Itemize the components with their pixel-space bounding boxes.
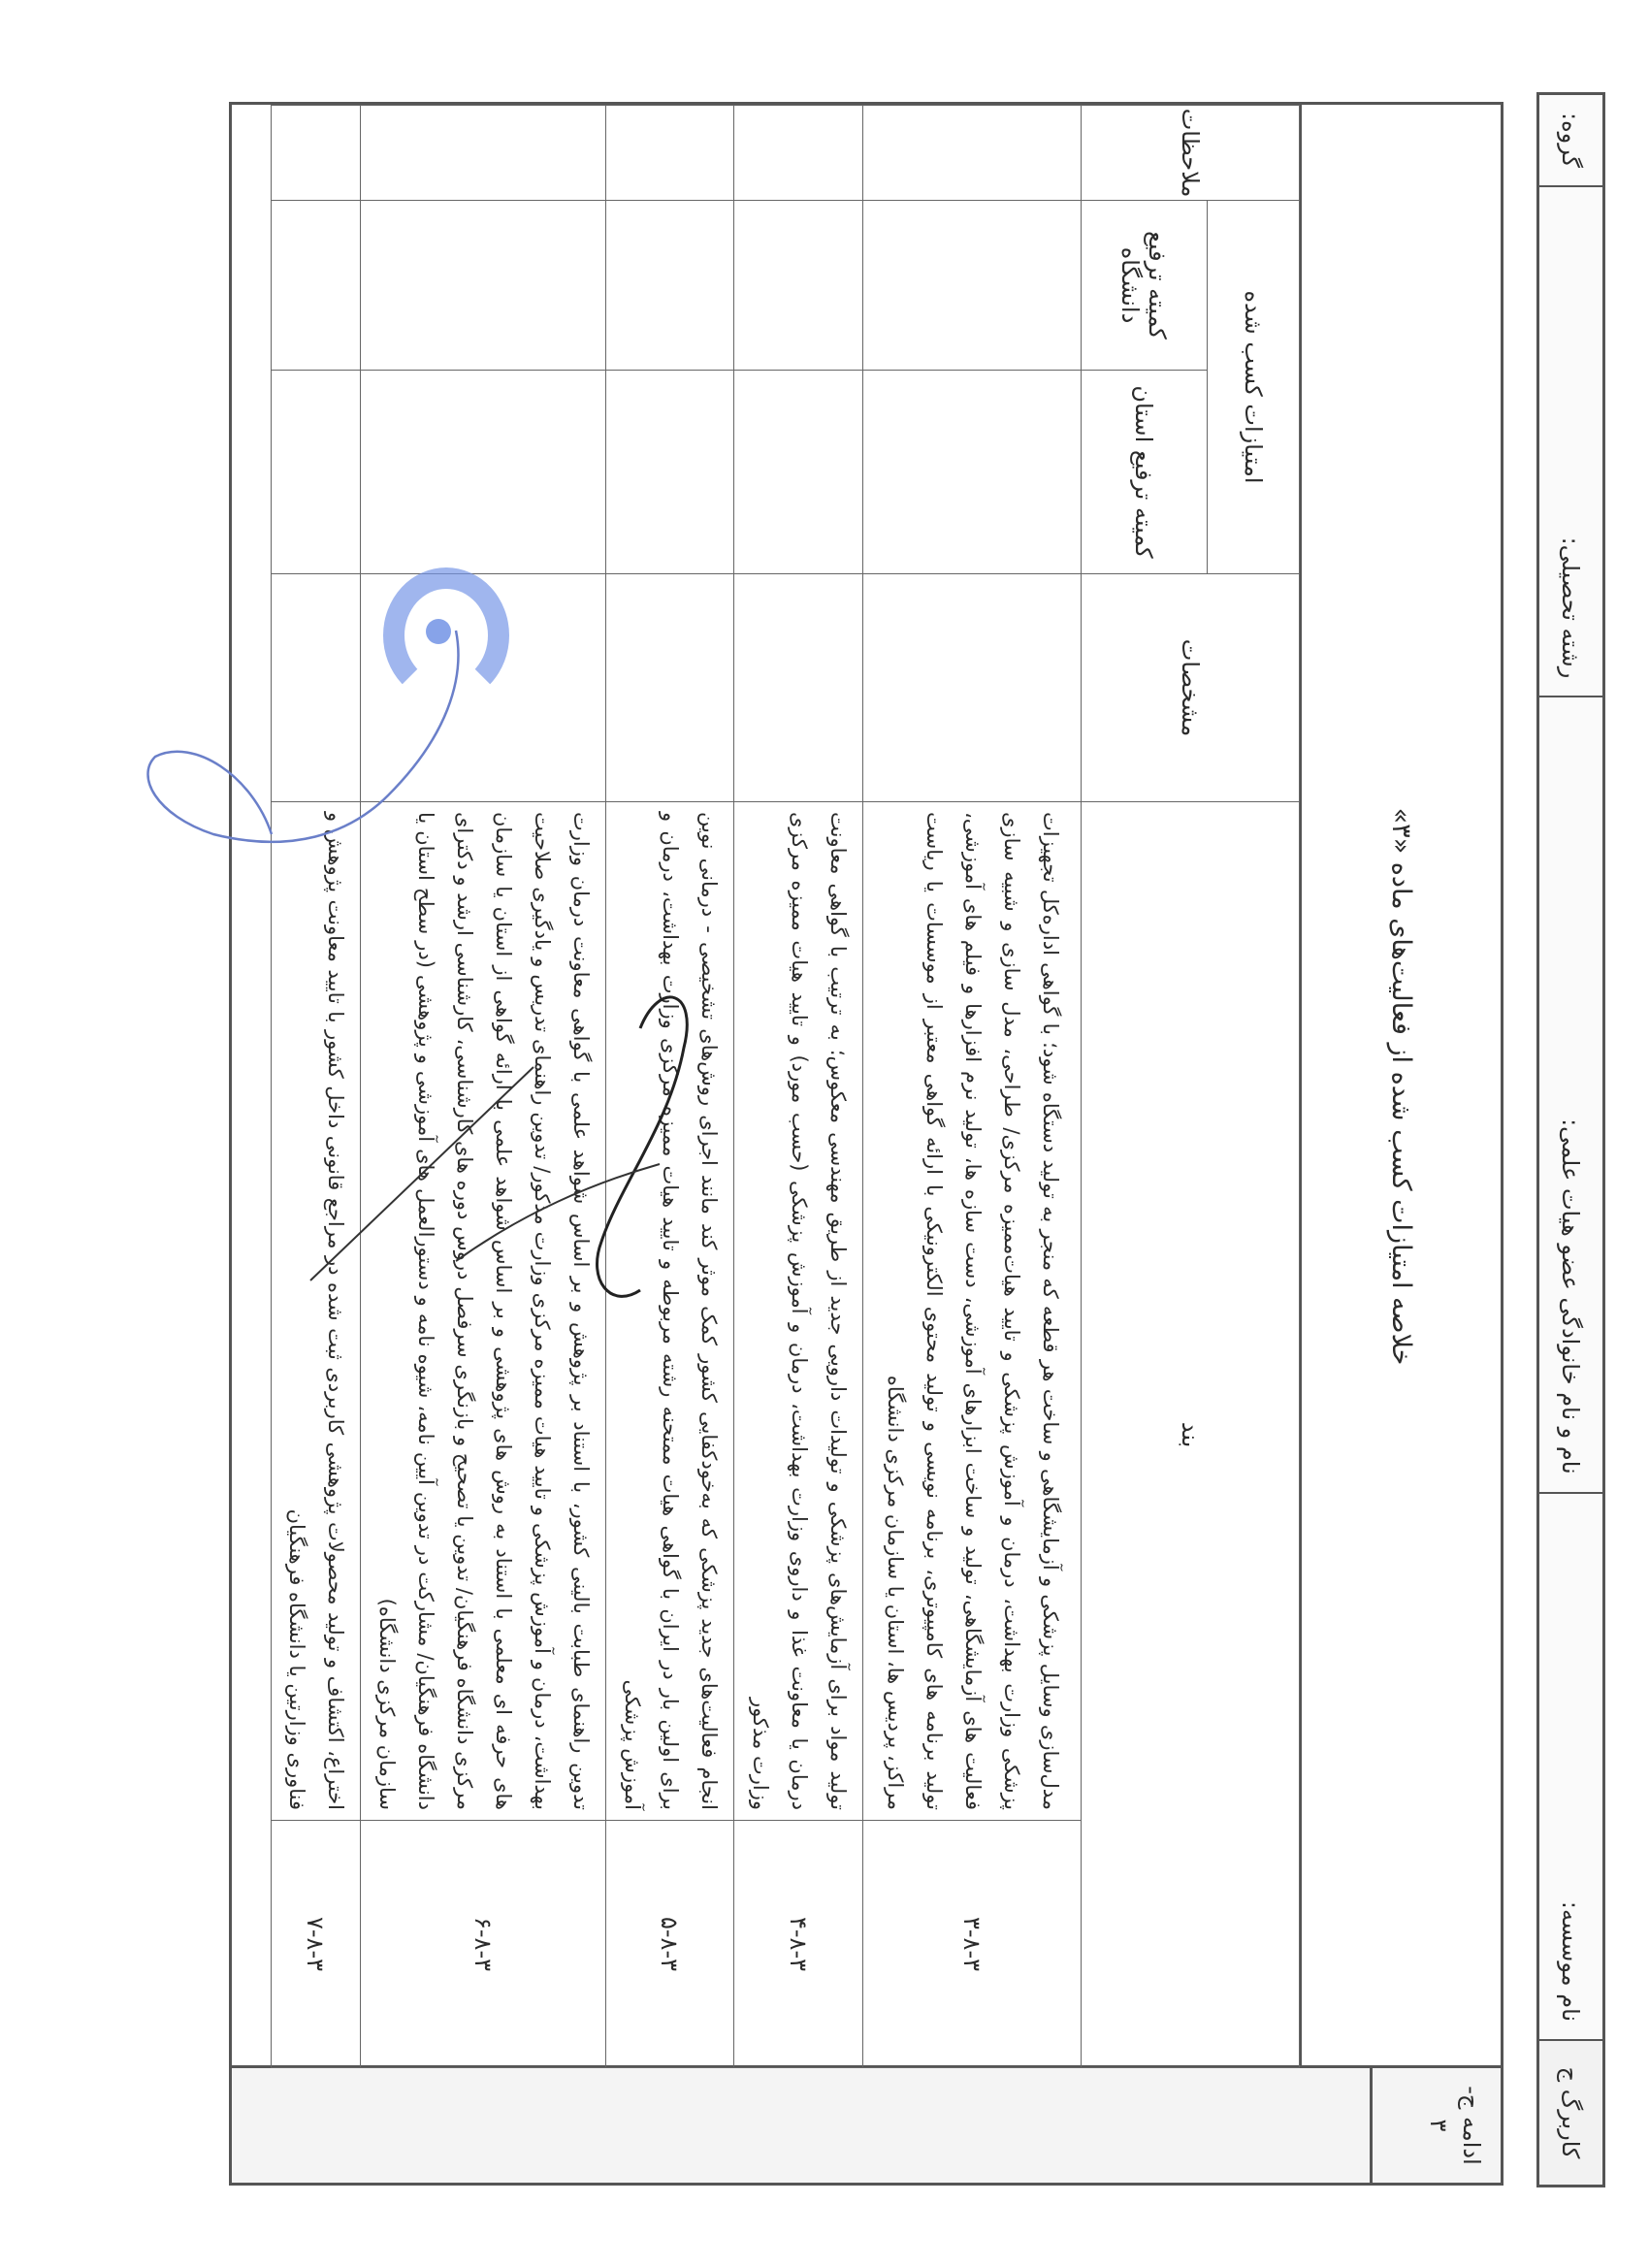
member-name-field[interactable]: نام و نام خانوادگی عضو هیات علمی: bbox=[1539, 696, 1602, 1491]
university-committee-score-cell[interactable] bbox=[271, 201, 361, 371]
col-header-remarks: ملاحظات bbox=[1082, 106, 1300, 201]
clause-code: ۷-۸-۳ bbox=[271, 1821, 361, 2068]
specifications-cell[interactable] bbox=[361, 574, 605, 802]
clause-code: ۴-۸-۳ bbox=[734, 1821, 863, 2068]
remarks-cell[interactable] bbox=[605, 106, 734, 201]
institution-label: نام موسسه: bbox=[1558, 1901, 1585, 2022]
form-code: کاربرگ ج bbox=[1539, 2039, 1602, 2185]
remarks-cell[interactable] bbox=[863, 106, 1082, 201]
university-committee-score-cell[interactable] bbox=[605, 201, 734, 371]
province-committee-score-cell[interactable] bbox=[863, 371, 1082, 574]
clause-code: ۵-۸-۳ bbox=[605, 1821, 734, 2068]
clause-description: اختراع، اکتشاف و تولید محصولات پژوهشی کا… bbox=[271, 802, 361, 1821]
scores-table: بند مشخصات امتیازات کسب شده ملاحظات کمیت… bbox=[271, 105, 1300, 2068]
page-title-text: خلاصه امتیازات کسب شده از فعالیت‌های ماد… bbox=[1386, 808, 1416, 1366]
table-row: ۷-۸-۳اختراع، اکتشاف و تولید محصولات پژوه… bbox=[271, 106, 361, 2068]
clause-code: ۶-۸-۳ bbox=[361, 1821, 605, 2068]
specifications-cell[interactable] bbox=[605, 574, 734, 802]
main-frame: ادامه ج- ۳ خلاصه امتیازات کسب شده از فعا… bbox=[229, 102, 1503, 2186]
province-committee-score-cell[interactable] bbox=[271, 371, 361, 574]
group-field[interactable]: گروه: bbox=[1539, 95, 1602, 185]
province-committee-score-cell[interactable] bbox=[361, 371, 605, 574]
table-row: ۴-۸-۳تولید مواد برای آزمایش‌های پزشکی و … bbox=[734, 106, 863, 2068]
clause-code: ۳-۸-۳ bbox=[863, 1821, 1082, 2068]
header-info-strip: کاربرگ ج نام موسسه: نام و نام خانوادگی ع… bbox=[1536, 92, 1605, 2187]
specifications-cell[interactable] bbox=[271, 574, 361, 802]
table-row: ۳-۸-۳مدل‌سازی وسایل پزشکی و آزمایشگاهی و… bbox=[863, 106, 1082, 2068]
province-committee-score-cell[interactable] bbox=[734, 371, 863, 574]
remarks-cell[interactable] bbox=[734, 106, 863, 201]
col-header-scores-group: امتیازات کسب شده bbox=[1208, 201, 1300, 574]
group-label: گروه: bbox=[1558, 113, 1585, 168]
province-committee-score-cell[interactable] bbox=[605, 371, 734, 574]
col-header-specifications: مشخصات bbox=[1082, 574, 1300, 802]
content-area: خلاصه امتیازات کسب شده از فعالیت‌های ماد… bbox=[232, 105, 1501, 2068]
member-name-label: نام و نام خانوادگی عضو هیات علمی: bbox=[1558, 1118, 1585, 1474]
col-header-university-committee: کمیته ترفیع دانشگاه bbox=[1082, 201, 1208, 371]
institution-field[interactable]: نام موسسه: bbox=[1539, 1492, 1602, 2039]
continuation-label-line1: ادامه ج- bbox=[1454, 2078, 1487, 2173]
field-of-study-label: رشته تحصیلی: bbox=[1558, 537, 1585, 679]
col-header-clause: بند bbox=[1082, 802, 1300, 2068]
side-label: ادامه ج- ۳ bbox=[232, 2065, 1501, 2183]
remarks-cell[interactable] bbox=[361, 106, 605, 201]
page-title: خلاصه امتیازات کسب شده از فعالیت‌های ماد… bbox=[1300, 105, 1501, 2068]
clause-description: تدوین راهنمای طبابت بالینی کشور، با استن… bbox=[361, 802, 605, 1821]
university-committee-score-cell[interactable] bbox=[863, 201, 1082, 371]
field-of-study-field[interactable]: رشته تحصیلی: bbox=[1539, 185, 1602, 696]
university-committee-score-cell[interactable] bbox=[361, 201, 605, 371]
col-header-province-committee: کمیته ترفیع استان bbox=[1082, 371, 1208, 574]
form-code-text: کاربرگ ج bbox=[1558, 2067, 1585, 2159]
remarks-cell[interactable] bbox=[271, 106, 361, 201]
continuation-label-line2: ۳ bbox=[1422, 2078, 1455, 2173]
clause-description: انجام فعالیت‌های جدید پزشکی که به‌خودکفا… bbox=[605, 802, 734, 1821]
specifications-cell[interactable] bbox=[863, 574, 1082, 802]
university-committee-score-cell[interactable] bbox=[734, 201, 863, 371]
specifications-cell[interactable] bbox=[734, 574, 863, 802]
clause-description: تولید مواد برای آزمایش‌های پزشکی و تولید… bbox=[734, 802, 863, 1821]
continuation-label: ادامه ج- ۳ bbox=[1370, 2068, 1501, 2183]
form-page: کاربرگ ج نام موسسه: نام و نام خانوادگی ع… bbox=[0, 0, 1649, 2268]
clause-description: مدل‌سازی وسایل پزشکی و آزمایشگاهی و ساخت… bbox=[863, 802, 1082, 1821]
table-row: ۶-۸-۳تدوین راهنمای طبابت بالینی کشور، با… bbox=[361, 106, 605, 2068]
table-row: ۵-۸-۳انجام فعالیت‌های جدید پزشکی که به‌خ… bbox=[605, 106, 734, 2068]
scores-table-body: ۳-۸-۳مدل‌سازی وسایل پزشکی و آزمایشگاهی و… bbox=[271, 106, 1081, 2068]
